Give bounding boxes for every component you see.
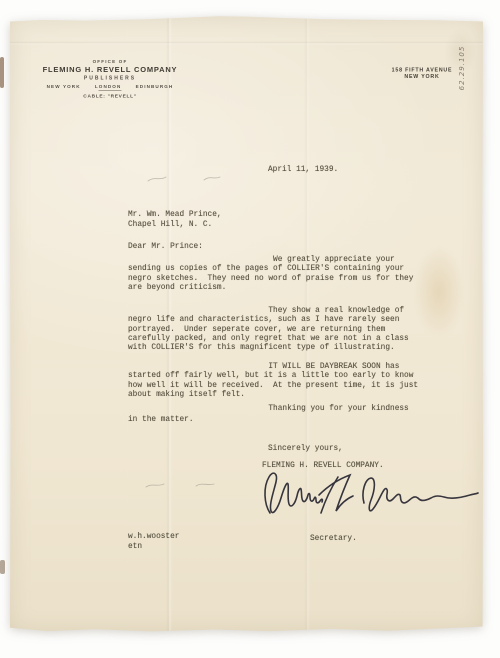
catalog-annotation: 62.29.105 bbox=[454, 25, 470, 111]
handwritten-signature bbox=[260, 468, 480, 520]
body-paragraph-4: Thanking you for your kindness in the ma… bbox=[128, 404, 409, 425]
typist-line-1: w.h.wooster bbox=[128, 533, 179, 541]
scan-edge-artifact bbox=[0, 57, 4, 88]
letterhead-company-name: FLEMING H. REVELL COMPANY bbox=[30, 66, 190, 74]
signer-title: Secretary. bbox=[310, 535, 357, 544]
salutation: Dear Mr. Prince: bbox=[128, 243, 203, 252]
recipient-city: Chapel Hill, N. C. bbox=[128, 221, 212, 229]
letterhead-divider-rule bbox=[99, 91, 122, 92]
recipient-address: Mr. Wm. Mead Prince, Chapel Hill, N. C. bbox=[128, 211, 222, 230]
letter-paper-wrapper: OFFICE OF FLEMING H. REVELL COMPANY PUBL… bbox=[10, 16, 483, 632]
typist-line-2: etn bbox=[128, 543, 142, 551]
letterhead-cities: NEW YORK LONDON EDINBURGH bbox=[30, 84, 190, 89]
scanned-letter: OFFICE OF FLEMING H. REVELL COMPANY PUBL… bbox=[0, 0, 500, 658]
pencil-smudge bbox=[142, 172, 238, 186]
stain bbox=[408, 234, 470, 350]
pencil-smudge bbox=[142, 479, 238, 492]
letterhead-office-of: OFFICE OF bbox=[30, 59, 190, 64]
closing-line: Sincerely yours, bbox=[268, 445, 343, 454]
letterhead-left-block: OFFICE OF FLEMING H. REVELL COMPANY PUBL… bbox=[30, 59, 190, 99]
body-paragraph-1: We greatly appreciate your sending us co… bbox=[128, 256, 413, 293]
letterhead-publishers: PUBLISHERS bbox=[30, 76, 190, 81]
letter-paper: OFFICE OF FLEMING H. REVELL COMPANY PUBL… bbox=[10, 16, 483, 632]
body-paragraph-2: They show a real knowledge of negro life… bbox=[128, 307, 409, 354]
fold-crease-horizontal bbox=[10, 41, 483, 45]
body-paragraph-3: IT WILL BE DAYBREAK SOON has started off… bbox=[128, 363, 418, 400]
typist-initials: w.h.wooster etn bbox=[128, 533, 179, 552]
date-line: April 11, 1939. bbox=[268, 166, 338, 175]
catalog-annotation-text: 62.29.105 bbox=[458, 46, 466, 91]
scan-edge-artifact bbox=[0, 560, 5, 574]
recipient-name: Mr. Wm. Mead Prince, bbox=[128, 211, 222, 219]
letterhead-cable-line: CABLE: "REVELL" bbox=[30, 94, 190, 99]
signature-william-h-wooster bbox=[260, 468, 480, 520]
